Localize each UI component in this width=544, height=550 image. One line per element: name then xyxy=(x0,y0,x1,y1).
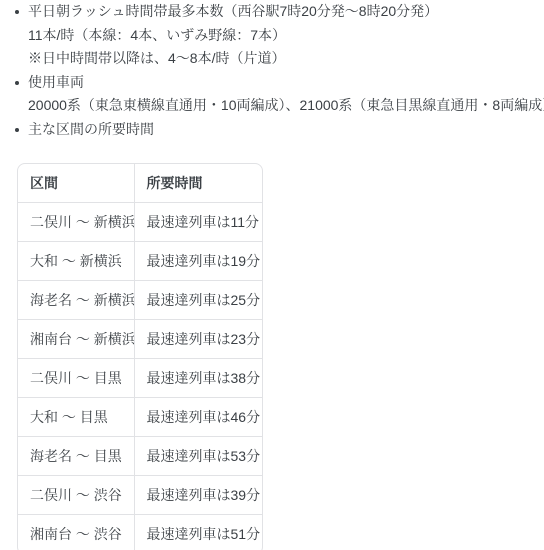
duration-cell: 最速達列車は11分 xyxy=(134,203,263,242)
table-row: 二俣川 〜 新横浜 最速達列車は11分 xyxy=(18,203,263,242)
duration-cell: 最速達列車は46分 xyxy=(134,398,263,437)
table-row: 大和 〜 新横浜 最速達列車は19分 xyxy=(18,242,263,281)
service-info-list: 平日朝ラッシュ時間帯最多本数（西谷駅7時20分発〜8時20分発） 11本/時（本… xyxy=(0,0,544,141)
duration-cell: 最速達列車は23分 xyxy=(134,320,263,359)
rolling-stock-title: 使用車両 xyxy=(28,71,544,95)
section-cell: 湘南台 〜 新横浜 xyxy=(18,320,134,359)
rolling-stock-detail: 20000系（東急東横線直通用・10両編成）、21000系（東急目黒線直通用・8… xyxy=(28,94,544,118)
travel-times-title: 主な区間の所要時間 xyxy=(28,118,544,142)
section-cell: 海老名 〜 新横浜 xyxy=(18,281,134,320)
table-row: 二俣川 〜 渋谷 最速達列車は39分 xyxy=(18,476,263,515)
table-row: 湘南台 〜 新横浜 最速達列車は23分 xyxy=(18,320,263,359)
section-cell: 湘南台 〜 渋谷 xyxy=(18,515,134,550)
section-cell: 海老名 〜 目黒 xyxy=(18,437,134,476)
list-item-rush-frequency: 平日朝ラッシュ時間帯最多本数（西谷駅7時20分発〜8時20分発） 11本/時（本… xyxy=(28,0,544,71)
column-header-section: 区間 xyxy=(18,164,134,203)
duration-cell: 最速達列車は19分 xyxy=(134,242,263,281)
table-row: 海老名 〜 目黒 最速達列車は53分 xyxy=(18,437,263,476)
table-row: 海老名 〜 新横浜 最速達列車は25分 xyxy=(18,281,263,320)
column-header-duration: 所要時間 xyxy=(134,164,263,203)
daytime-frequency-note: ※日中時間帯以降は、4〜8本/時（片道） xyxy=(28,47,544,71)
duration-cell: 最速達列車は39分 xyxy=(134,476,263,515)
section-cell: 二俣川 〜 新横浜 xyxy=(18,203,134,242)
table-row: 大和 〜 目黒 最速達列車は46分 xyxy=(18,398,263,437)
table-row: 二俣川 〜 目黒 最速達列車は38分 xyxy=(18,359,263,398)
duration-cell: 最速達列車は25分 xyxy=(134,281,263,320)
section-cell: 二俣川 〜 目黒 xyxy=(18,359,134,398)
rush-frequency-detail: 11本/時（本線：4本、いずみ野線：7本） xyxy=(28,24,544,48)
section-cell: 大和 〜 新横浜 xyxy=(18,242,134,281)
section-cell: 大和 〜 目黒 xyxy=(18,398,134,437)
list-item-travel-times: 主な区間の所要時間 xyxy=(28,118,544,142)
page-content: 平日朝ラッシュ時間帯最多本数（西谷駅7時20分発〜8時20分発） 11本/時（本… xyxy=(0,0,544,550)
table-row: 湘南台 〜 渋谷 最速達列車は51分 xyxy=(18,515,263,550)
rush-frequency-title: 平日朝ラッシュ時間帯最多本数（西谷駅7時20分発〜8時20分発） xyxy=(28,0,544,24)
duration-cell: 最速達列車は51分 xyxy=(134,515,263,550)
list-item-rolling-stock: 使用車両 20000系（東急東横線直通用・10両編成）、21000系（東急目黒線… xyxy=(28,71,544,118)
travel-time-table: 区間 所要時間 二俣川 〜 新横浜 最速達列車は11分 大和 〜 新横浜 最速達… xyxy=(17,163,263,550)
duration-cell: 最速達列車は53分 xyxy=(134,437,263,476)
duration-cell: 最速達列車は38分 xyxy=(134,359,263,398)
table-header-row: 区間 所要時間 xyxy=(18,164,263,203)
section-cell: 二俣川 〜 渋谷 xyxy=(18,476,134,515)
